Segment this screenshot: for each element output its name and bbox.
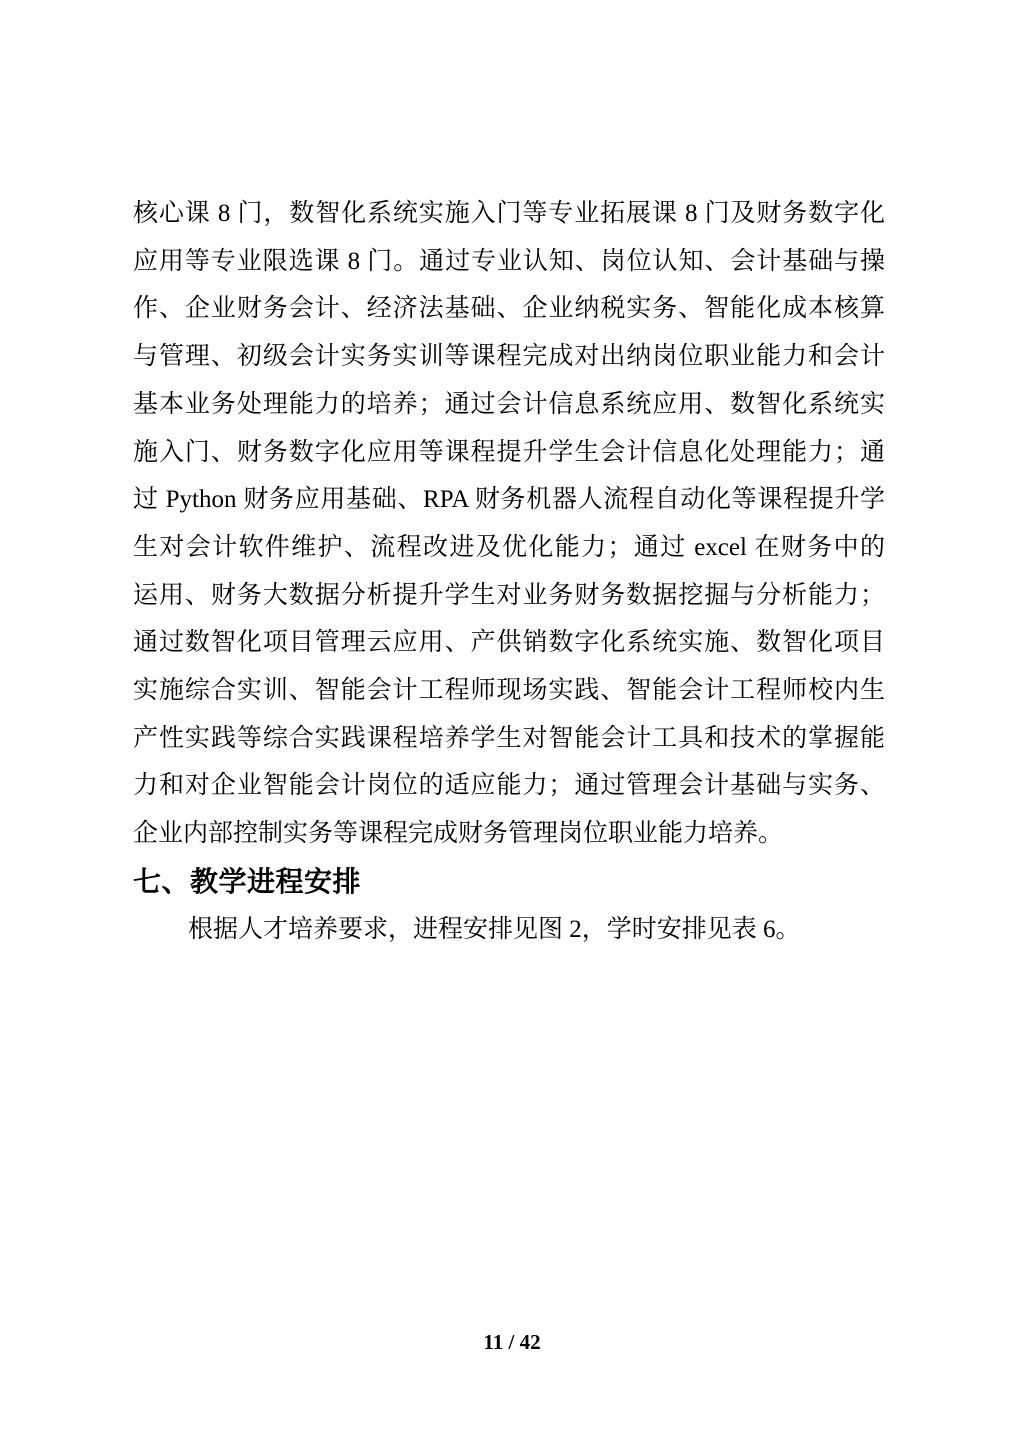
paragraph-line: 作、企业财务会计、经济法基础、企业纳税实务、智能化成本核算	[133, 285, 885, 333]
paragraph-line: 企业内部控制实务等课程完成财务管理岗位职业能力培养。	[133, 810, 885, 858]
body-paragraph: 核心课 8 门，数智化系统实施入门等专业拓展课 8 门及财务数字化 应用等专业限…	[133, 190, 885, 858]
paragraph-line: 施入门、财务数字化应用等课程提升学生会计信息化处理能力；通	[133, 429, 885, 477]
paragraph-line: 产性实践等综合实践课程培养学生对智能会计工具和技术的掌握能	[133, 715, 885, 763]
paragraph-line: 运用、财务大数据分析提升学生对业务财务数据挖掘与分析能力；	[133, 572, 885, 620]
paragraph-line: 过 Python 财务应用基础、RPA 财务机器人流程自动化等课程提升学	[133, 476, 885, 524]
page-number: 11 / 42	[0, 1330, 1024, 1355]
section-heading: 七、教学进程安排	[133, 858, 885, 906]
paragraph-line: 应用等专业限选课 8 门。通过专业认知、岗位认知、会计基础与操	[133, 238, 885, 286]
page-body: 核心课 8 门，数智化系统实施入门等专业拓展课 8 门及财务数字化 应用等专业限…	[133, 190, 885, 953]
document-page: 核心课 8 门，数智化系统实施入门等专业拓展课 8 门及财务数字化 应用等专业限…	[0, 0, 1024, 1448]
paragraph-line: 力和对企业智能会计岗位的适应能力；通过管理会计基础与实务、	[133, 762, 885, 810]
paragraph-line: 实施综合实训、智能会计工程师现场实践、智能会计工程师校内生	[133, 667, 885, 715]
indented-paragraph: 根据人才培养要求，进程安排见图 2，学时安排见表 6。	[133, 906, 885, 954]
paragraph-line: 通过数智化项目管理云应用、产供销数字化系统实施、数智化项目	[133, 619, 885, 667]
paragraph-line: 与管理、初级会计实务实训等课程完成对出纳岗位职业能力和会计	[133, 333, 885, 381]
paragraph-line: 基本业务处理能力的培养；通过会计信息系统应用、数智化系统实	[133, 381, 885, 429]
paragraph-line: 核心课 8 门，数智化系统实施入门等专业拓展课 8 门及财务数字化	[133, 190, 885, 238]
paragraph-line: 生对会计软件维护、流程改进及优化能力；通过 excel 在财务中的	[133, 524, 885, 572]
